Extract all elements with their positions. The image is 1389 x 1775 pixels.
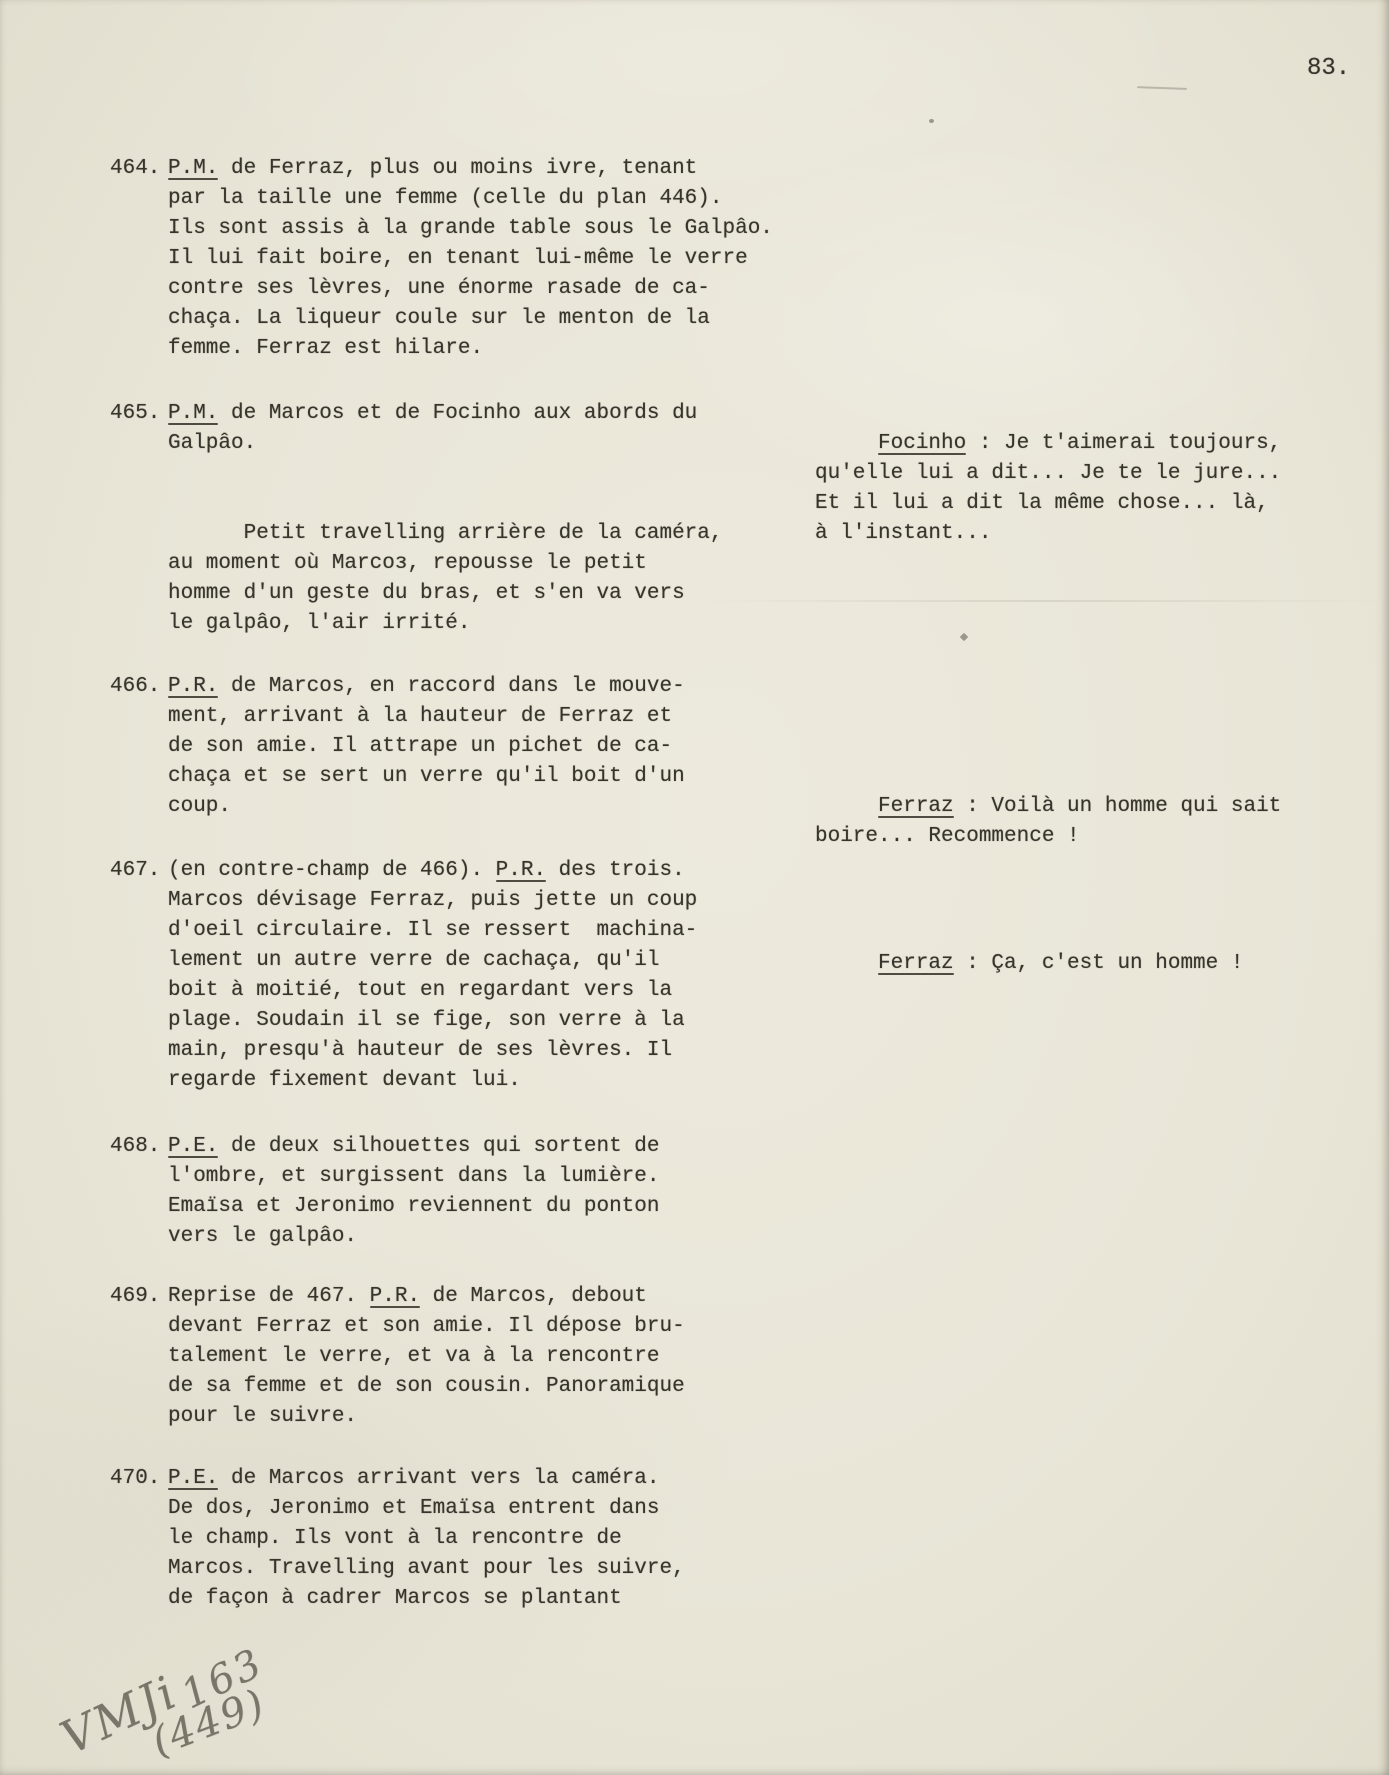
underline-ferraz-2 [878, 973, 954, 975]
dialogue-ferraz-1: Ferraz : Voilà un homme qui sait boire..… [815, 792, 1281, 852]
script-page-scan: 83. 464. P.M. de Ferraz, plus ou moins i… [0, 0, 1389, 1775]
paper-speck [929, 119, 934, 123]
page-number: 83. [1307, 54, 1350, 84]
shot-number-468: 468. [110, 1132, 160, 1162]
underline-pe-470 [168, 1488, 218, 1490]
shot-number-466: 466. [110, 672, 160, 702]
underline-pm-464 [168, 178, 218, 180]
shot-number-464: 464. [110, 154, 160, 184]
shot-text-468: P.E. de deux silhouettes qui sortent de … [168, 1132, 659, 1252]
shot-number-467: 467. [110, 856, 160, 886]
dialogue-focinho: Focinho : Je t'aimerai toujours, qu'elle… [815, 429, 1281, 549]
underline-pe-468 [168, 1156, 218, 1158]
shot-text-465: P.M. de Marcos et de Focinho aux abords … [168, 399, 697, 459]
shot-number-465: 465. [110, 399, 160, 429]
shot-text-466: P.R. de Marcos, en raccord dans le mouve… [168, 672, 685, 822]
shot-text-464: P.M. de Ferraz, plus ou moins ivre, tena… [168, 154, 773, 364]
underline-pr-466 [168, 696, 218, 698]
underline-focinho [878, 453, 966, 455]
paper-speck [960, 633, 968, 641]
shot-number-470: 470. [110, 1464, 160, 1494]
paper-crease [700, 600, 1389, 602]
shot-text-467: (en contre-champ de 466). P.R. des trois… [168, 856, 697, 1096]
underline-pr-467 [496, 880, 546, 882]
camera-direction-text: Petit travelling arrière de la caméra, a… [168, 519, 723, 639]
underline-pm-465 [168, 423, 218, 425]
underline-ferraz-1 [878, 816, 954, 818]
pencil-stroke [1137, 86, 1187, 90]
shot-text-470: P.E. de Marcos arrivant vers la caméra. … [168, 1464, 685, 1614]
shot-number-469: 469. [110, 1282, 160, 1312]
underline-pr-469 [370, 1306, 420, 1308]
shot-text-469: Reprise de 467. P.R. de Marcos, debout d… [168, 1282, 685, 1432]
